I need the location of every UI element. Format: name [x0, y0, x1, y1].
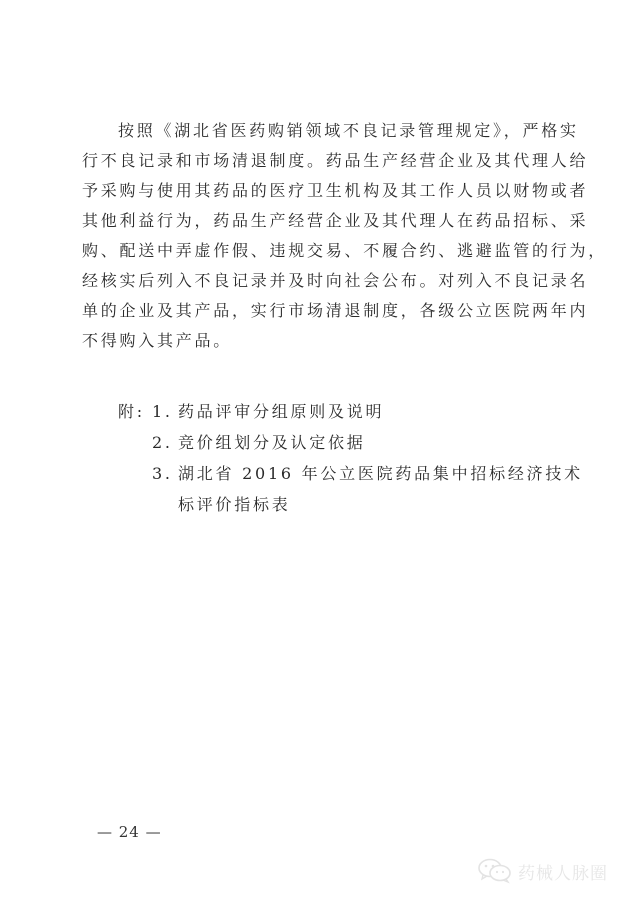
- paragraph-line: 按照《湖北省医药购销领域不良记录管理规定》，严格实: [82, 116, 554, 146]
- attachment-number: 3.: [152, 458, 178, 489]
- paragraph-line: 其他利益行为，药品生产经营企业及其代理人在药品招标、采: [82, 206, 554, 236]
- attachment-title: 药品评审分组原则及说明: [178, 396, 558, 427]
- paragraph-line: 行不良记录和市场清退制度。药品生产经营企业及其代理人给: [82, 146, 554, 176]
- attachments-label-spacer: [118, 427, 152, 458]
- paragraph-line: 经核实后列入不良记录并及时向社会公布。对列入不良记录名: [82, 266, 554, 296]
- attachments-label: 附:: [118, 396, 152, 427]
- attachments-label-spacer: [118, 458, 152, 489]
- paragraph-line: 购、配送中弄虚作假、违规交易、不履合约、逃避监管的行为，: [82, 236, 554, 266]
- attachment-item-continuation: 标评价指标表: [118, 489, 558, 520]
- attachment-number: 1.: [152, 396, 178, 427]
- wechat-icon: [478, 858, 512, 884]
- paragraph-line: 不得购入其产品。: [82, 326, 554, 356]
- attachment-item: 3. 湖北省 2016 年公立医院药品集中招标经济技术: [118, 458, 558, 489]
- attachment-item: 2. 竞价组划分及认定依据: [118, 427, 558, 458]
- attachments-list: 附: 1. 药品评审分组原则及说明 2. 竞价组划分及认定依据 3. 湖北省 2…: [118, 396, 558, 520]
- body-paragraph: 按照《湖北省医药购销领域不良记录管理规定》，严格实 行不良记录和市场清退制度。药…: [82, 116, 554, 356]
- watermark-text: 药械人脉圈: [518, 859, 608, 884]
- attachment-title: 竞价组划分及认定依据: [178, 427, 558, 458]
- attachment-title: 湖北省 2016 年公立医院药品集中招标经济技术: [178, 458, 583, 489]
- attachment-number: 2.: [152, 427, 178, 458]
- paragraph-line: 予采购与使用其药品的医疗卫生机构及其工作人员以财物或者: [82, 176, 554, 206]
- document-page: 按照《湖北省医药购销领域不良记录管理规定》，严格实 行不良记录和市场清退制度。药…: [0, 0, 640, 905]
- paragraph-line: 单的企业及其产品，实行市场清退制度，各级公立医院两年内: [82, 296, 554, 326]
- attachment-title-continuation: 标评价指标表: [178, 489, 558, 520]
- attachment-item: 附: 1. 药品评审分组原则及说明: [118, 396, 558, 427]
- watermark: 药械人脉圈: [478, 858, 608, 884]
- page-number: — 24 —: [97, 823, 162, 841]
